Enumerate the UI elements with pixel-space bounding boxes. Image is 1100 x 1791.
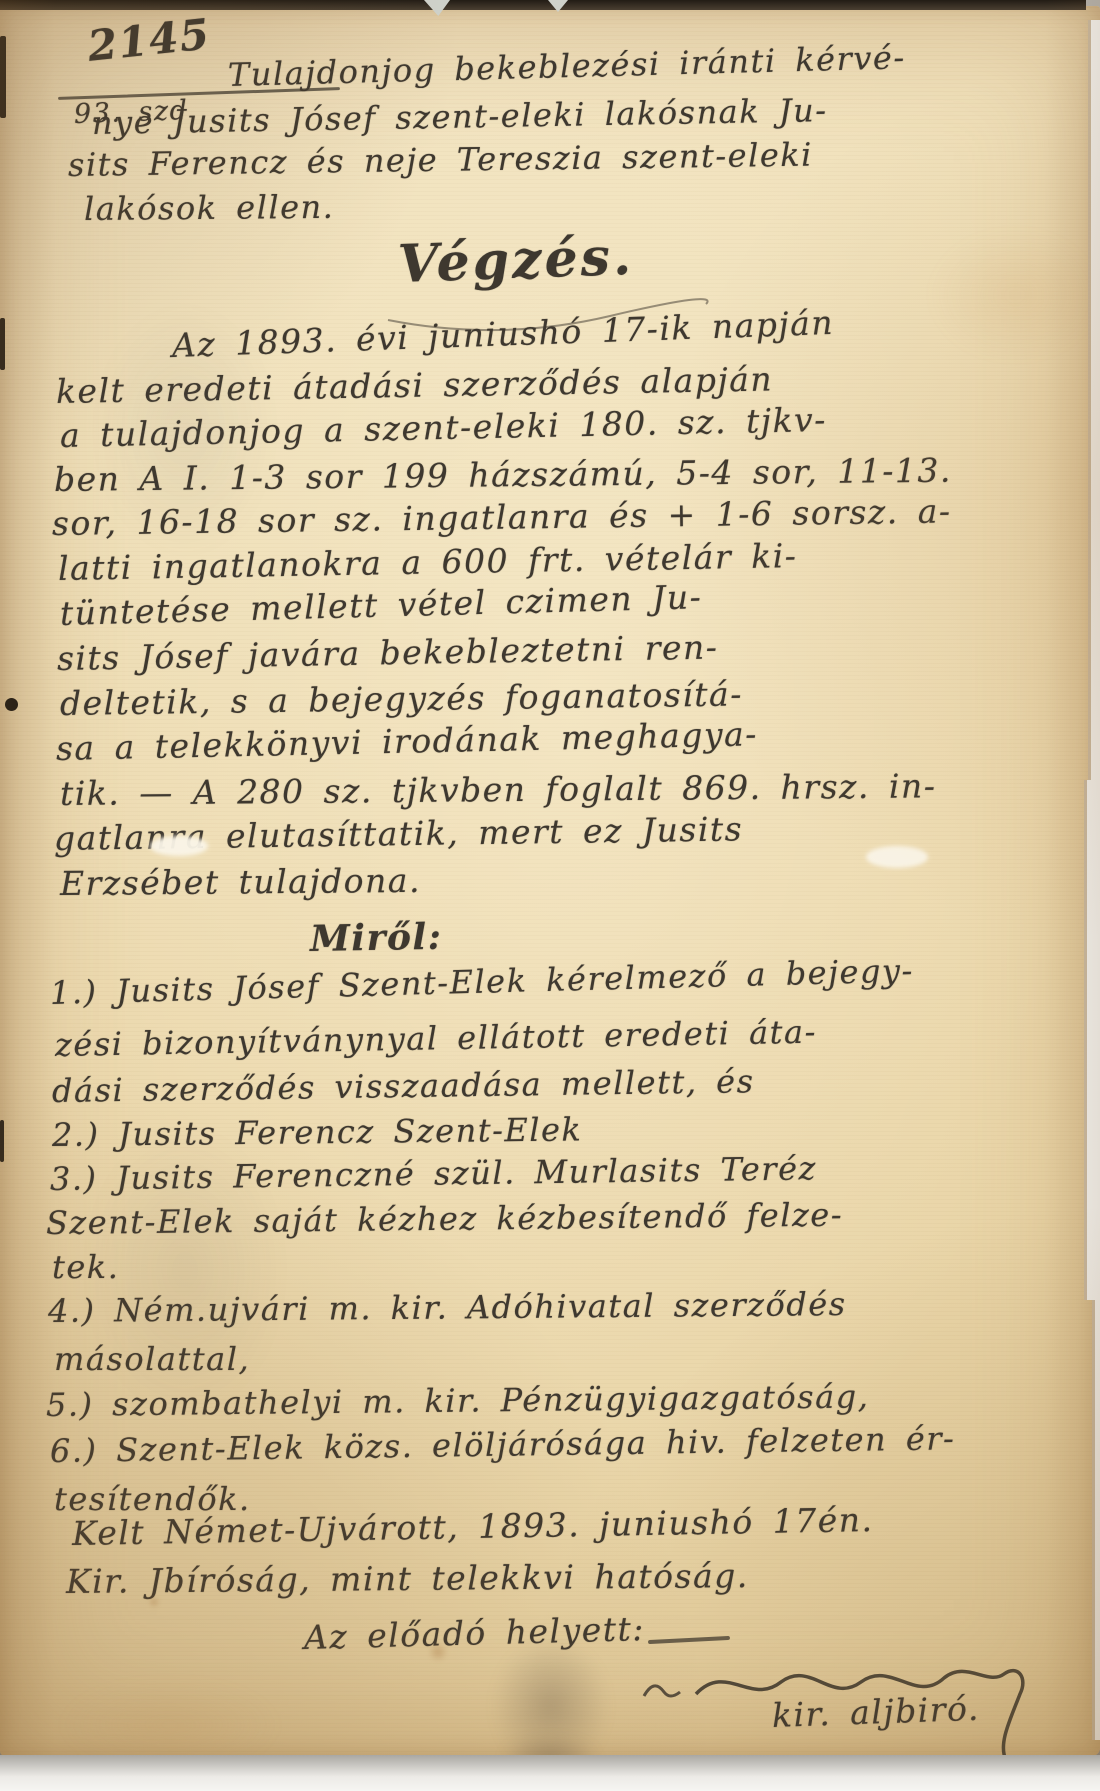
paper-damage-white-spot: [150, 836, 208, 856]
closing-line: Kir. Jbíróság, mint telekkvi hatóság.: [66, 1558, 749, 1600]
scanner-bed-strip: [0, 1755, 1100, 1791]
reverse-side-show-through: [80, 1120, 290, 1420]
scan-edge-nick: [0, 36, 6, 118]
signature-rank-line: kir. aljbiró.: [771, 1691, 980, 1735]
ink-dot: [5, 698, 18, 711]
scan-edge-nick: [0, 1120, 4, 1162]
paper-damage-white-spot: [866, 846, 928, 868]
scan-edge-right: [1092, 1300, 1100, 1740]
decision-title: Végzés.: [397, 228, 635, 293]
decision-line: Erzsébet tulajdona.: [60, 863, 421, 902]
scan-edge-nick: [0, 318, 5, 370]
reverse-side-show-through: [90, 300, 280, 560]
recipients-heading: Miről:: [310, 918, 443, 960]
scanned-document-page: 2145 93. szd Tulajdonjog bekeblezési irá…: [0, 0, 1100, 1791]
scan-edge-right: [1084, 780, 1100, 1300]
scan-edge-top: [0, 0, 1086, 10]
scan-edge-right: [1088, 20, 1100, 780]
case-intro-line: lakósok ellen.: [84, 190, 335, 227]
decision-line: tik. — A 280 sz. tjkvben foglalt 869. hr…: [60, 768, 937, 812]
